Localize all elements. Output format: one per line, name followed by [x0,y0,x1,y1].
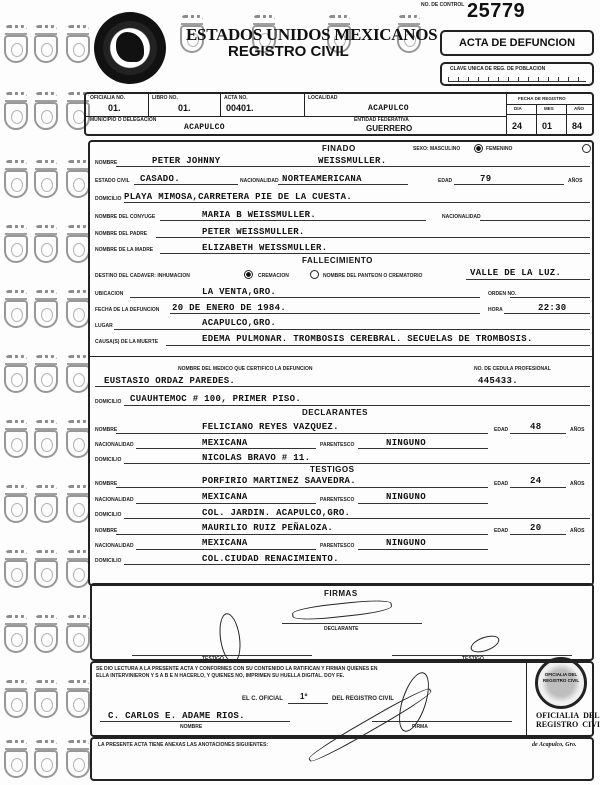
testigos-section-title: TESTIGOS [310,465,354,474]
document-type-box: ACTA DE DEFUNCION [440,30,594,56]
conyuge-value: MARIA B WEISSMULLER. [202,210,316,220]
oficialia-label: OFICIALIA No. [90,95,125,101]
hora-label: HORA [488,307,503,313]
crest-icon [64,740,92,780]
ubicacion-value: LA VENTA,GRO. [202,287,276,297]
declarante-nombre: FELICIANO REYES VAZQUEZ. [202,422,339,432]
signature-mark [469,632,502,655]
finado-apellido: WEISSMULLER. [318,156,386,166]
stamp-word: CIVIL [582,720,600,729]
testigo-1-domicilio: COL. JARDIN. ACAPULCO,GRO. [202,508,350,518]
declarante-parentesco-label: PARENTESCO [320,442,354,448]
testigo-1-nacionalidad: MEXICANA [202,492,248,502]
testigo-2-nacionalidad: MEXICANA [202,538,248,548]
control-number-label: No. DE CONTROL [421,2,464,8]
entidad-value: GUERRERO [366,124,412,133]
testigo-parentesco-label: PARENTESCO [320,543,354,549]
crest-icon [32,680,60,720]
acta-label: ACTA No. [224,95,248,101]
crest-icon [2,485,30,525]
certificacion-text-line1: SE DIO LECTURA A LA PRESENTE ACTA Y CONF… [96,666,378,672]
testigo-nombre-label: NOMBRE [95,481,117,487]
cedula-label: No. DE CEDULA PROFESIONAL [474,366,551,372]
crest-icon [2,420,30,460]
libro-value: 01. [178,103,191,113]
sexo-masculino-radio[interactable] [474,144,483,153]
femenino-label: FEMENINO [486,146,512,152]
registro-dia: 24 [512,121,522,131]
curp-field: CLAVE UNICA DE REG. DE POBLACION [440,62,594,86]
lugar-value: ACAPULCO,GRO. [202,318,276,328]
medico-domicilio-value: CUAUHTEMOC # 100, PRIMER PISO. [130,394,301,404]
testigo-domicilio-label: DOMICILIO [95,512,121,518]
crest-icon [32,615,60,655]
panteon-label: NOMBRE DEL PANTEON O CREMATORIO [323,273,422,279]
fecha-registro-label: FECHA DE REGISTRO [518,96,566,101]
control-number: 25779 [467,0,525,23]
testigo-anos-label: AÑOS [570,528,584,534]
anotaciones-label: LA PRESENTE ACTA TIENE ANEXAS LAS ANOTAC… [98,742,268,748]
testigo-nacionalidad-label: NACIONALIDAD [95,497,134,503]
declarante-nacionalidad: MEXICANA [202,438,248,448]
declarante-domicilio-label: DOMICILIO [95,457,121,463]
declarante-firma-label: DECLARANTE [324,626,358,632]
certificacion-text-line2: ELLA INTERVINIERON Y S A B E N HACERLO, … [96,673,344,679]
fecha-defuncion-label: FECHA DE LA DEFUNCION [95,307,159,313]
declarante-anos-label: AÑOS [570,427,584,433]
testigo-edad-label: EDAD [494,528,508,534]
entidad-label: ENTIDAD FEDERATIVA [354,117,409,123]
crest-icon [32,290,60,330]
curp-label: CLAVE UNICA DE REG. DE POBLACION [442,64,592,72]
crest-icon [2,25,30,65]
main-record-box: FINADO SEXO: MASCULINO FEMENINO NOMBRE P… [88,140,594,586]
lugar-label: LUGAR [95,323,113,329]
municipio-value: ACAPULCO [184,123,225,132]
stamp-word: DEL [583,711,599,720]
crest-icon [2,680,30,720]
hora-value: 22:30 [538,303,567,313]
oficial-suffix: DEL REGISTRO CIVIL [332,696,394,702]
crest-icon [32,550,60,590]
crest-icon [32,355,60,395]
crest-icon [32,225,60,265]
crest-icon [2,92,30,132]
cremacion-label: CREMACION [258,273,289,279]
padre-label: NOMBRE DEL PADRE [95,231,147,237]
firmas-section-title: FIRMAS [324,589,358,598]
declarante-edad: 48 [530,422,541,432]
crest-icon [32,485,60,525]
crest-icon [64,25,92,65]
localidad-value: ACAPULCO [368,104,409,113]
madre-value: ELIZABETH WEISSMULLER. [202,243,327,253]
crest-icon [32,160,60,200]
finado-section-title: FINADO [322,144,356,153]
crest-icon [2,550,30,590]
localidad-label: LOCALIDAD [308,95,337,101]
finado-nombre: PETER JOHNNY [152,156,220,166]
acta-value: 00401. [226,103,254,113]
registro-mes: 01 [542,121,552,131]
death-certificate-page: ESTADOS UNIDOS MEXICANOS REGISTRO CIVIL … [0,0,600,785]
testigo-1-parentesco: NINGUNO [386,492,426,502]
anos-label: AÑOS [568,178,582,184]
medico-domicilio-label: DOMICILIO [95,399,121,405]
testigo-domicilio-label: DOMICILIO [95,558,121,564]
oficialia-stamp-text: OFICIALIA DEL REGISTRO CIVIL [536,711,600,729]
testigo-edad-label: EDAD [494,481,508,487]
edad-value: 79 [480,174,491,184]
anotaciones-box: LA PRESENTE ACTA TIENE ANEXAS LAS ANOTAC… [90,737,594,781]
crest-icon [2,290,30,330]
ano-label: AÑO [574,106,584,111]
firmas-box: FIRMAS DECLARANTE TESTIGO TESTIGO [90,583,594,661]
crest-icon [32,420,60,460]
fecha-defuncion-value: 20 DE ENERO DE 1984. [172,303,286,313]
conyuge-label: NOMBRE DEL CONYUGE [95,214,155,220]
testigo-1-edad: 24 [530,476,541,486]
oficialia-value: 01. [108,103,121,113]
causa-value: EDEMA PULMONAR. TROMBOSIS CEREBRAL. SECU… [202,334,533,344]
testigo-parentesco-label: PARENTESCO [320,497,354,503]
nacionalidad-value: NORTEAMERICANA [282,174,362,184]
sexo-label: SEXO: MASCULINO [413,146,460,152]
country-title: ESTADOS UNIDOS MEXICANOS [186,25,437,45]
oficial-nombre-label: NOMBRE [180,724,202,730]
crest-icon [32,25,60,65]
cedula-value: 445433. [478,376,518,386]
medico-label: NOMBRE DEL MEDICO QUE CERTIFICO LA DEFUN… [178,366,312,372]
testigo-2-nombre: MAURILIO RUIZ PEÑALOZA. [202,523,333,533]
fallecimiento-section-title: FALLECIMIENTO [302,256,373,265]
domicilio-value: PLAYA MIMOSA,CARRETERA PIE DE LA CUESTA. [124,192,352,202]
declarante-nacionalidad-label: NACIONALIDAD [95,442,134,448]
registro-ano: 84 [572,121,582,131]
testigo-2-domicilio: COL.CIUDAD RENACIMIENTO. [202,554,339,564]
crest-icon [64,615,92,655]
destino-label: DESTINO DEL CADAVER: INHUMACION [95,273,190,279]
municipio-label: MUNICIPIO O DELEGACION [90,117,156,123]
crest-icon [32,92,60,132]
estado-civil-label: ESTADO CIVIL [95,178,130,184]
anotaciones-lugar: de Acapulco, Gro. [532,742,576,748]
testigo-anos-label: AÑOS [570,481,584,487]
testigo-2-parentesco: NINGUNO [386,538,426,548]
stamp-text: OFICIALIA DEL REGISTRO CIVIL [543,672,579,683]
medico-nombre: EUSTASIO ORDAZ PAREDES. [104,376,235,386]
edad-label: EDAD [438,178,452,184]
causa-label: CAUSA(S) DE LA MUERTE [95,339,158,345]
declarante-parentesco: NINGUNO [386,438,426,448]
nombre-label: NOMBRE [95,160,117,166]
registry-box: OFICIALIA No. 01. LIBRO No. 01. ACTA No.… [84,92,594,136]
testigo-2-edad: 20 [530,523,541,533]
dia-label: DIA [514,106,522,111]
crest-icon [2,740,30,780]
declarante-nombre-label: NOMBRE [95,427,117,433]
mes-label: MES [544,106,554,111]
crest-icon [2,225,30,265]
madre-label: NOMBRE DE LA MADRE [95,247,153,253]
sexo-femenino-radio[interactable] [582,144,591,153]
conyuge-nacionalidad-label: NACIONALIDAD [442,214,481,220]
certificacion-box: SE DIO LECTURA A LA PRESENTE ACTA Y CONF… [90,661,594,737]
ubicacion-label: UBICACION [95,291,123,297]
oficial-prefix: EL C. OFICIAL [242,696,283,702]
crest-icon [2,355,30,395]
nacionalidad-label: NACIONALIDAD [240,178,279,184]
cremacion-radio[interactable] [310,270,319,279]
declarante-domicilio: NICOLAS BRAVO # 11. [202,453,310,463]
testigo-nacionalidad-label: NACIONALIDAD [95,543,134,549]
stamp-word: REGISTRO [536,720,578,729]
agency-title: REGISTRO CIVIL [228,43,349,60]
oficial-number: 1º [300,692,307,701]
estado-civil-value: CASADO. [140,174,180,184]
crest-icon [32,740,60,780]
padre-value: PETER WEISSMULLER. [202,227,305,237]
declarante-edad-label: EDAD [494,427,508,433]
domicilio-label: DOMICILIO [95,196,121,202]
signature-mark [292,598,393,622]
national-seal-icon [94,12,166,84]
oficial-nombre: C. CARLOS E. ADAME RIOS. [108,711,245,721]
crest-icon [2,615,30,655]
testigo-nombre-label: NOMBRE [95,528,117,534]
declarantes-section-title: DECLARANTES [302,408,368,417]
testigo-1-nombre: PORFIRIO MARTINEZ SAAVEDRA. [202,476,356,486]
document-type: ACTA DE DEFUNCION [459,37,575,49]
panteon-value: VALLE DE LA LUZ. [470,268,561,278]
stamp-word: OFICIALIA [536,711,579,720]
libro-label: LIBRO No. [152,95,178,101]
crest-icon [64,680,92,720]
inhumacion-radio[interactable] [244,270,253,279]
crest-icon [2,160,30,200]
official-circular-stamp: OFICIALIA DEL REGISTRO CIVIL [535,657,587,709]
